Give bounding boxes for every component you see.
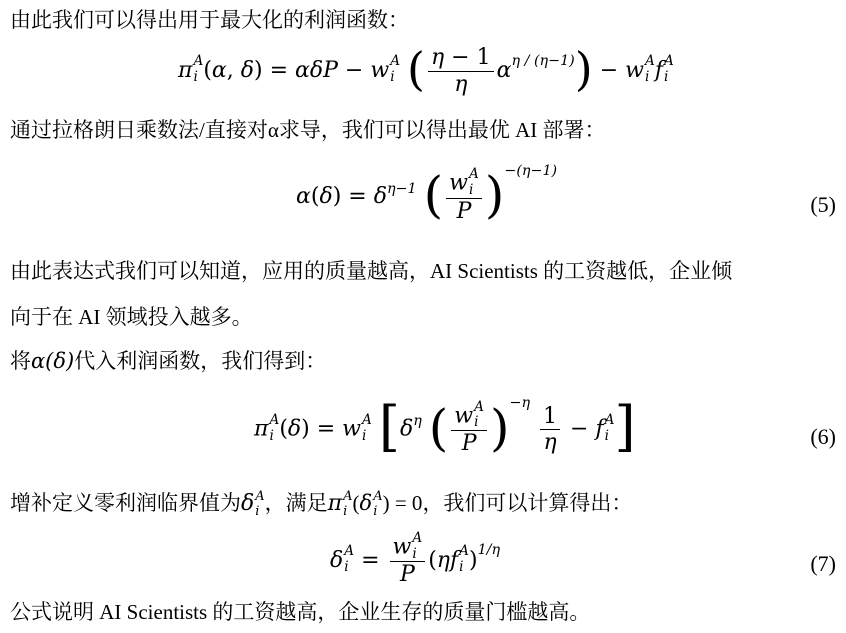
math-inline: α(δ)	[31, 349, 74, 373]
text: 由此表达式我们可以知道，应用的质量越高，AI Scientists 的工资越低，…	[10, 259, 732, 283]
text: 将	[10, 349, 31, 373]
paragraph-lagrange: 通过拉格朗日乘数法/直接对α求导，我们可以得出最优 AI 部署：	[10, 117, 606, 143]
paragraph-intro-profit: 由此我们可以得出用于最大化的利润函数：	[10, 7, 409, 33]
paragraph-interpretation-line2: 向于在 AI 领域投入越多。	[10, 304, 253, 330]
equation-profit-function: πAi(α, δ) = αδP − wAi (η − 1ηαη / (η−1))…	[178, 44, 674, 98]
text: ，我们可以计算得出：	[422, 491, 632, 515]
text: 通过拉格朗日乘数法/直接对α求导，我们可以得出最优 AI 部署：	[10, 118, 606, 142]
paragraph-substitute: 将α(δ)代入利润函数，我们得到：	[10, 348, 326, 374]
equation-number-5: (5)	[810, 192, 836, 218]
equation-number-6: (6)	[810, 424, 836, 450]
equation-optimal-alpha: α(δ) = δη−1 (wAiP)−(η−1)	[296, 168, 557, 226]
equation-number-7: (7)	[810, 551, 836, 577]
text: 代入利润函数，我们得到：	[74, 349, 326, 373]
paragraph-interpretation-line1: 由此表达式我们可以知道，应用的质量越高，AI Scientists 的工资越低，…	[10, 258, 732, 284]
paragraph-threshold-def: 增补定义零利润临界值为δAi，满足πAi(δAi) = 0，我们可以计算得出：	[10, 490, 632, 518]
equation-profit-delta: πAi(δ) = wAi [δη (wAiP)−η 1η − fAi]	[254, 398, 636, 461]
text: 公式说明 AI Scientists 的工资越高，企业生存的质量门槛越高。	[10, 600, 590, 624]
text: 增补定义零利润临界值为	[10, 491, 241, 515]
text: ，满足	[265, 491, 328, 515]
text: 向于在 AI 领域投入越多。	[10, 305, 253, 329]
equation-threshold: δAi = wAiP(ηfAi)1/η	[330, 534, 500, 588]
paragraph-conclusion: 公式说明 AI Scientists 的工资越高，企业生存的质量门槛越高。	[10, 599, 590, 625]
text: 由此我们可以得出用于最大化的利润函数：	[10, 8, 409, 32]
